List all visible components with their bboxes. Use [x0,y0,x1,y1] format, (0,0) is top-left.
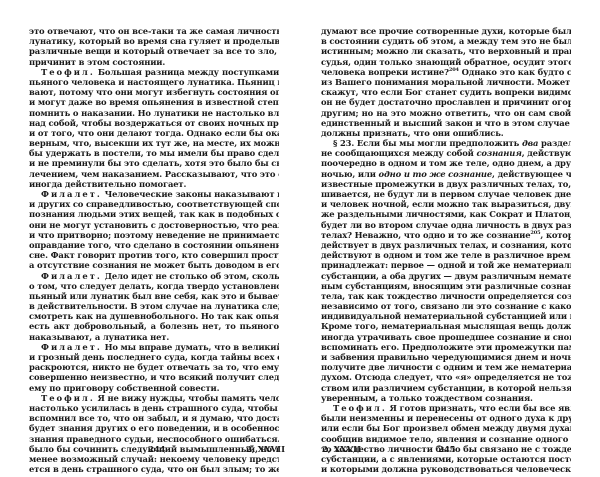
line-text: над собой, чтобы воздержаться от своих н… [29,118,279,128]
line-text: шивается, не будут ли в первом случае че… [321,189,571,199]
line-text: он не будет достаточно прославлен и прич… [321,97,571,107]
text-line: ством или различием субстанции, в которо… [321,383,571,393]
line-text: вспоминать его. Предположите эти промежу… [321,342,571,352]
line-text: уверенным, а только тождеством сознания. [321,393,533,403]
line-text: и которыми должна руководствоваться чело… [321,464,571,474]
text-line: он не будет достаточно прославлен и прич… [321,97,571,107]
text-line: знания праведного судьи, неспособного ош… [29,434,279,444]
text-line: вспоминать его. Предположите эти промежу… [321,342,571,352]
line-text-cont: раздельных, [538,138,571,148]
line-text: это отвечают, что он все-таки та же сама… [29,26,279,36]
text-line: помнить о наказании. Но лунатики не наст… [29,108,279,118]
emphasis-text: одно и то же сознание [379,169,493,179]
line-text: сне. Факт говорит против того, кто совер… [29,250,279,260]
speaker-name: Теофил. [41,67,95,77]
line-text: будет ли во втором случае одна личность … [321,220,571,230]
text-line: тела, так как тождество личности определ… [321,291,571,301]
text-line: же раздельными личностями, как Сократ и … [321,209,571,219]
line-text: другим; но на это можно ответить, что он… [321,108,571,118]
text-line: а отсутствие сознания не может быть дово… [29,260,279,270]
text-line: раскроются, никто не будет отвечать за т… [29,362,279,372]
line-text: наказывают, а лунатика нет. [29,332,169,342]
text-line: судья, один только знающий обратное, осу… [321,57,571,67]
left-running-head: 2, XXVII [246,444,285,454]
text-line: скажут, что если Бог станет судить вопре… [321,87,571,97]
line-text: в состоянии судить об этом, а между тем … [321,36,571,46]
line-text: а отсутствие сознания не может быть дово… [29,260,279,270]
left-page: это отвечают, что он все-таки та же сама… [29,26,279,474]
footnote-ref: 204 [449,67,459,73]
text-line: поочередно в одном и том же теле, одно д… [321,158,571,168]
text-line: будет знания других о его поведении, и в… [29,423,279,433]
line-text: и грозный день последнего суда, когда та… [29,352,279,362]
line-text: или если бы Бог произвел обмен между дву… [321,423,571,433]
line-text: вспомнил все то, что он забыл, и я думаю… [29,413,279,423]
line-text: оправдание того, что сделано в состоянии… [29,240,279,250]
line-text: они не могут установить с достоверностью… [29,220,279,230]
line-text: раскроются, никто не будет отвечать за т… [29,362,279,372]
line-text: знания праведного судьи, неспособного ош… [29,434,279,444]
line-text: не сообщающихся между собой [321,148,476,158]
text-line: человека вопреки истине?204 Однако это к… [321,67,571,77]
line-text: в действительности. В этом случае на лун… [29,301,279,311]
text-line: будет ли во втором случае одна личность … [321,220,571,230]
line-text: помнить о наказании. Но лунатики не наст… [29,108,279,118]
line-text: и могут даже во время опьянения в извест… [29,97,279,107]
line-text: скажут, что если Бог станет судить вопре… [321,87,571,97]
text-line: бы удержать в постели, то мы имели бы пр… [29,148,279,158]
text-line: думают все прочие сотворенные духи, кото… [321,26,571,36]
line-text-cont: , действующих [522,148,571,158]
line-text: менее возможный случай: некоему человеку… [29,454,279,464]
line-text: индивидуальной нематериальной субстанцие… [321,311,571,321]
text-line: независимо от того, связано ли это созна… [321,301,571,311]
line-text: ему по приговору собственной совести. [29,383,219,393]
text-line: вают, потому что они могут избегнуть сос… [29,87,279,97]
text-line: субстанции, а с явлениями, которые остаю… [321,454,571,464]
line-text: человека вопреки истине? [321,67,449,77]
text-line: о том, что следует делать, когда твердо … [29,281,279,291]
line-text: субстанции, а с явлениями, которые остаю… [321,454,571,464]
line-text: пьяного человека и настоящего лунатика. … [29,77,279,87]
line-text: Я готов признать, что если бы все явлени… [387,403,571,413]
text-line: должны признать, что они ошиблись. [321,128,571,138]
line-text: субстанции, а оба других — двум различны… [321,271,571,281]
line-text: различные вещи и который отвечает за все… [29,46,279,56]
text-line: в действительности. В этом случае на лун… [29,301,279,311]
text-line: ночью, или одно и то же сознание, действ… [321,169,571,179]
line-text: независимо от того, связано ли это созна… [321,301,571,311]
line-text: настолько усилилась в день страшного суд… [29,403,279,413]
text-line: и грозный день последнего суда, когда та… [29,352,279,362]
speaker-name: Филалет. [41,189,102,199]
text-line: действует в двух различных телах, и созн… [321,240,571,250]
right-running-head: 2, XXVII [322,444,361,454]
text-line: оправдание того, что сделано в состоянии… [29,240,279,250]
line-text: принадлежат: первое — одной и той же нем… [321,260,571,270]
line-text: Я не вижу нужды, чтобы память человека [95,393,279,403]
line-text: будет знания других о его поведении, и в… [29,423,279,433]
text-line: в состоянии судить об этом, а между тем … [321,36,571,46]
text-line: ным субстанциям, вносящим эти различные … [321,281,571,291]
text-line: § 23. Если бы мы могли предположить два … [321,138,571,148]
line-text-cont: , которое [540,230,571,240]
line-text: известные промежутки в двух различных те… [321,179,571,189]
text-line: наказывают, а лунатика нет. [29,332,279,342]
text-line: менее возможный случай: некоему человеку… [29,454,279,464]
line-text: познания людьми этих вещей, так как в по… [29,209,279,219]
line-text: действуют в одном и том же теле в различ… [321,250,571,260]
line-text-cont: , действующее через [492,169,571,179]
line-text: поочередно в одном и том же теле, одно д… [321,158,571,168]
line-text: единственный и высший закон и что в этом… [321,118,571,128]
text-line: духом. Отсюда следует, что «я» определяе… [321,372,571,382]
line-text: ством или различием субстанции, в которо… [321,383,571,393]
text-line: над собой, чтобы воздержаться от своих н… [29,118,279,128]
line-text: смотреть как на душевнобольного. Но так … [29,311,279,321]
line-text: пьяный или лунатик был вне себя, как это… [29,291,279,301]
text-line: это отвечают, что он все-таки та же сама… [29,26,279,36]
text-line: различные вещи и который отвечает за все… [29,46,279,56]
text-line: сообщив видимое тело, явления и сознание… [321,434,571,444]
line-text: о том, что следует делать, когда твердо … [29,281,279,291]
left-page-number: 244 [148,444,165,454]
speaker-name: Филалет. [41,342,102,352]
line-text: и других со справедливостью, соответству… [29,199,279,209]
text-line: и что притворно; поэтому неведение не пр… [29,230,279,240]
text-line: Кроме того, нематериальная мыслящая вещь… [321,321,571,331]
text-line: пьяный или лунатик был вне себя, как это… [29,291,279,301]
text-line: истинным; можно ли сказать, что верховны… [321,46,571,56]
text-line: Филалет. Дело идет не столько об этом, с… [29,271,279,281]
text-line: и человек ночной, если можно так выразит… [321,199,571,209]
text-line: известные промежутки в двух различных те… [321,179,571,189]
text-line: и которыми должна руководствоваться чело… [321,464,571,474]
line-text: и от того, что они делают тогда. Однако … [29,128,279,138]
text-line: и забвения правильно чередующимися днем … [321,352,571,362]
line-text: бы удержать в постели, то мы имели бы пр… [29,148,279,158]
line-text: ным субстанциям, вносящим эти различные … [321,281,571,291]
line-text: ется в день страшного суда, что он был з… [29,464,279,474]
line-text: верным, что, высекши их тут же, на месте… [29,138,279,148]
line-text: тела, так как тождество личности определ… [321,291,571,301]
line-text: причинит в этом состоянии. [29,57,165,67]
emphasis-text: сознания [476,148,521,158]
line-text: истинным; можно ли сказать, что верховны… [321,46,571,56]
line-text: и человек ночной, если можно так выразит… [321,199,571,209]
line-text: получите две личности с одним и тем же н… [321,362,571,372]
line-text: судья, один только знающий обратное, осу… [321,57,571,67]
speaker-name: Филалет. [41,271,102,281]
line-text: телах? Неважно, что одно и то же сознани… [321,230,530,240]
text-line: сне. Факт говорит против того, кто совер… [29,250,279,260]
line-text: и забвения правильно чередующимися днем … [321,352,571,362]
text-line: иногда утрачивать свое прошедшее сознани… [321,332,571,342]
line-text: из Вашего понимания моральной личности. … [321,77,571,87]
text-line: настолько усилилась в день страшного суд… [29,403,279,413]
text-line: верным, что, высекши их тут же, на месте… [29,138,279,148]
text-line: телах? Неважно, что одно и то же сознани… [321,230,571,240]
line-text: совершенно неизвестно, и что всякий полу… [29,372,279,382]
line-text: духом. Отсюда следует, что «я» определяе… [321,372,571,382]
text-line: действуют в одном и том же теле в различ… [321,250,571,260]
text-line: и могут даже во время опьянения в извест… [29,97,279,107]
text-line: другим; но на это можно ответить, что он… [321,108,571,118]
text-line: единственный и высший закон и что в этом… [321,118,571,128]
line-text: иногда утрачивать свое прошедшее сознани… [321,332,571,342]
text-line: не сообщающихся между собой сознания, де… [321,148,571,158]
right-page: думают все прочие сотворенные духи, кото… [321,26,571,474]
right-page-number: 245 [438,444,455,454]
line-text: и что притворно; поэтому неведение не пр… [29,230,279,240]
text-line: есть акт добровольный, а болезнь нет, то… [29,321,279,331]
text-line: Теофил. Я готов признать, что если бы вс… [321,403,571,413]
text-line: вспомнил все то, что он забыл, и я думаю… [29,413,279,423]
text-line: ется в день страшного суда, что он был з… [29,464,279,474]
footnote-ref: 205 [530,230,540,236]
line-text: Человеческие законы наказывают и тех [102,189,279,199]
text-line: они не могут установить с достоверностью… [29,220,279,230]
text-line: и не преминули бы это сделать, хотя это … [29,158,279,168]
line-text: должны признать, что они ошиблись. [321,128,504,138]
text-line: и других со справедливостью, соответству… [29,199,279,209]
text-line: из Вашего понимания моральной личности. … [321,77,571,87]
text-line: причинит в этом состоянии. [29,57,279,67]
text-line: совершенно неизвестно, и что всякий полу… [29,372,279,382]
text-line: уверенным, а только тождеством сознания. [321,393,571,403]
line-text: Дело идет не столько об этом, сколько [102,271,279,281]
line-text-cont: Однако это как будто следует [459,67,571,77]
line-text: думают все прочие сотворенные духи, кото… [321,26,571,36]
speaker-name: Теофил. [41,393,95,403]
text-line: Теофил. Я не вижу нужды, чтобы память че… [29,393,279,403]
emphasis-text: два [522,138,538,148]
line-text: были неизменны и перенесены от одного ду… [321,413,571,423]
text-line: иногда действительно помогает. [29,179,279,189]
line-text: Большая разница между поступками [95,67,279,77]
text-line: смотреть как на душевнобольного. Но так … [29,311,279,321]
text-line: субстанции, а оба других — двум различны… [321,271,571,281]
text-line: были неизменны и перенесены от одного ду… [321,413,571,423]
line-text: вают, потому что они могут избегнуть сос… [29,87,279,97]
text-line: Филалет. Но мы вправе думать, что в вели… [29,342,279,352]
speaker-name: Теофил. [333,403,387,413]
text-line: индивидуальной нематериальной субстанцие… [321,311,571,321]
text-line: принадлежат: первое — одной и той же нем… [321,260,571,270]
text-line: пьяного человека и настоящего лунатика. … [29,77,279,87]
text-line: Теофил. Большая разница между поступками [29,67,279,77]
text-line: лечением, чем наказанием. Рассказывают, … [29,169,279,179]
line-text: лечением, чем наказанием. Рассказывают, … [29,169,279,179]
text-line: получите две личности с одним и тем же н… [321,362,571,372]
line-text: и не преминули бы это сделать, хотя это … [29,158,279,168]
line-text: же раздельными личностями, как Сократ и … [321,209,571,219]
line-text: есть акт добровольный, а болезнь нет, то… [29,321,279,331]
line-text: Но мы вправе думать, что в великий [102,342,279,352]
line-text: лунатику, который во время сна гуляет и … [29,36,279,46]
line-text: Кроме того, нематериальная мыслящая вещь… [321,321,571,331]
line-text: сообщив видимое тело, явления и сознание… [321,434,571,444]
text-line: лунатику, который во время сна гуляет и … [29,36,279,46]
text-line: Филалет. Человеческие законы наказывают … [29,189,279,199]
line-text: действует в двух различных телах, и созн… [321,240,571,250]
text-line: и от того, что они делают тогда. Однако … [29,128,279,138]
text-line: или если бы Бог произвел обмен между дву… [321,423,571,433]
line-text: иногда действительно помогает. [29,179,186,189]
text-line: познания людьми этих вещей, так как в по… [29,209,279,219]
text-line: шивается, не будут ли в первом случае че… [321,189,571,199]
line-text: § 23. Если бы мы могли предположить [333,138,522,148]
line-text: ночью, или [321,169,379,179]
text-line: ему по приговору собственной совести. [29,383,279,393]
